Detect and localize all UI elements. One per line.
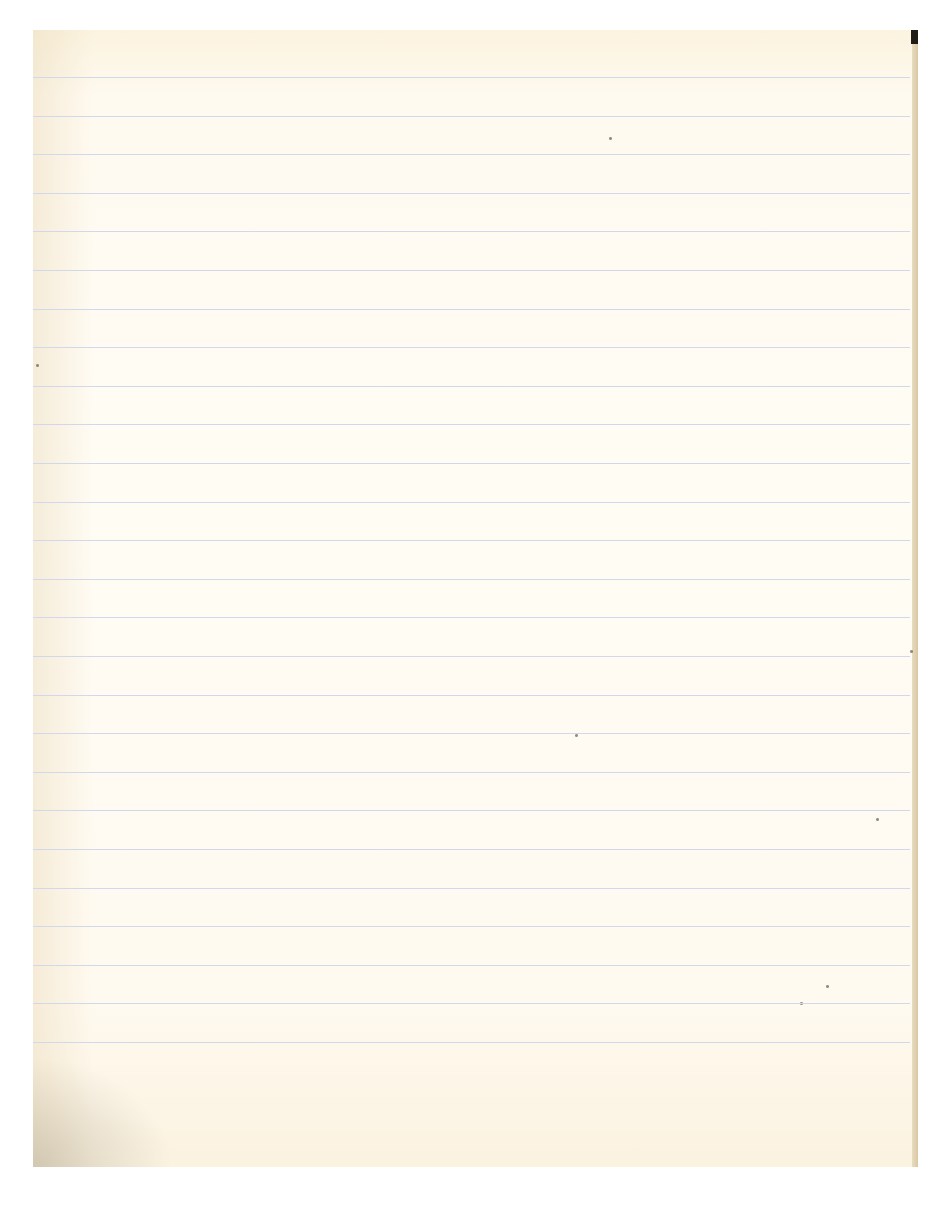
ruled-line bbox=[33, 965, 910, 966]
ruled-line bbox=[33, 231, 910, 232]
ruled-line bbox=[33, 502, 910, 503]
ruled-line bbox=[33, 810, 910, 811]
ruled-line bbox=[33, 193, 910, 194]
ruled-line bbox=[33, 579, 910, 580]
ruled-line bbox=[33, 617, 910, 618]
ruled-line bbox=[33, 309, 910, 310]
ruled-line bbox=[33, 733, 910, 734]
paper-speck bbox=[575, 734, 578, 737]
ruled-line bbox=[33, 270, 910, 271]
ruled-line bbox=[33, 1003, 910, 1004]
ruled-line bbox=[33, 386, 910, 387]
ruled-line bbox=[33, 888, 910, 889]
ruled-line bbox=[33, 116, 910, 117]
ruled-line bbox=[33, 154, 910, 155]
ruled-line bbox=[33, 463, 910, 464]
ruled-line bbox=[33, 695, 910, 696]
paper-speck bbox=[876, 818, 879, 821]
page-corner-shadow bbox=[911, 30, 918, 44]
ruled-line bbox=[33, 1042, 910, 1043]
ruled-line bbox=[33, 347, 910, 348]
paper-speck bbox=[826, 985, 829, 988]
page-edge bbox=[912, 30, 918, 1167]
notebook-page bbox=[33, 30, 915, 1167]
ruled-line bbox=[33, 656, 910, 657]
ruled-line bbox=[33, 849, 910, 850]
ruled-line bbox=[33, 77, 910, 78]
paper-speck bbox=[36, 364, 39, 367]
ruled-line bbox=[33, 772, 910, 773]
paper-speck bbox=[910, 650, 913, 653]
ruled-line bbox=[33, 926, 910, 927]
ruled-line bbox=[33, 424, 910, 425]
ruled-line bbox=[33, 540, 910, 541]
paper-speck bbox=[609, 137, 612, 140]
